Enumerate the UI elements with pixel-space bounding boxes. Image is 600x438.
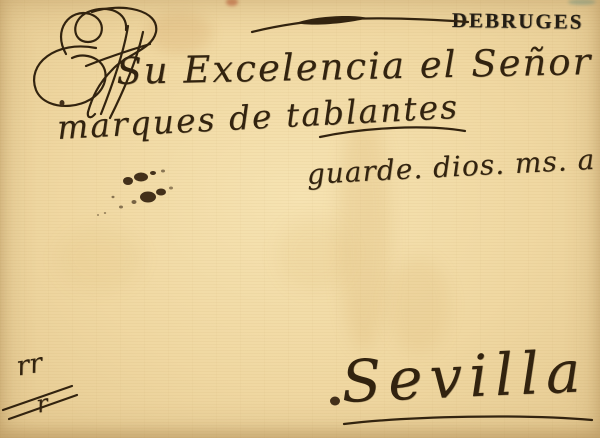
destination-sevilla: Sevilla [340,337,589,416]
address-line-1: Su Excelencia el Señor [116,40,593,93]
address-line-2: marques de tablantes [56,87,460,147]
paper-stain [278,218,350,290]
sevilla-ink-dot [330,397,340,406]
paper-stain [338,110,390,350]
rate-mark-bottom: r [34,389,50,419]
rate-mark-top: rr [14,348,45,383]
ink-blots [97,170,340,406]
postal-cover: DEBRUGES Su Excelencia el Señor marques … [0,0,600,438]
paper-stain [388,258,450,353]
address-line-3: guarde. dios. ms. a [306,143,596,191]
paper-stain [568,0,596,5]
paper-stain [226,0,238,6]
top-pen-stroke [252,16,468,32]
paper-stain [58,228,142,290]
sevilla-underline [344,417,592,424]
postmark-debruges: DEBRUGES [452,8,584,35]
